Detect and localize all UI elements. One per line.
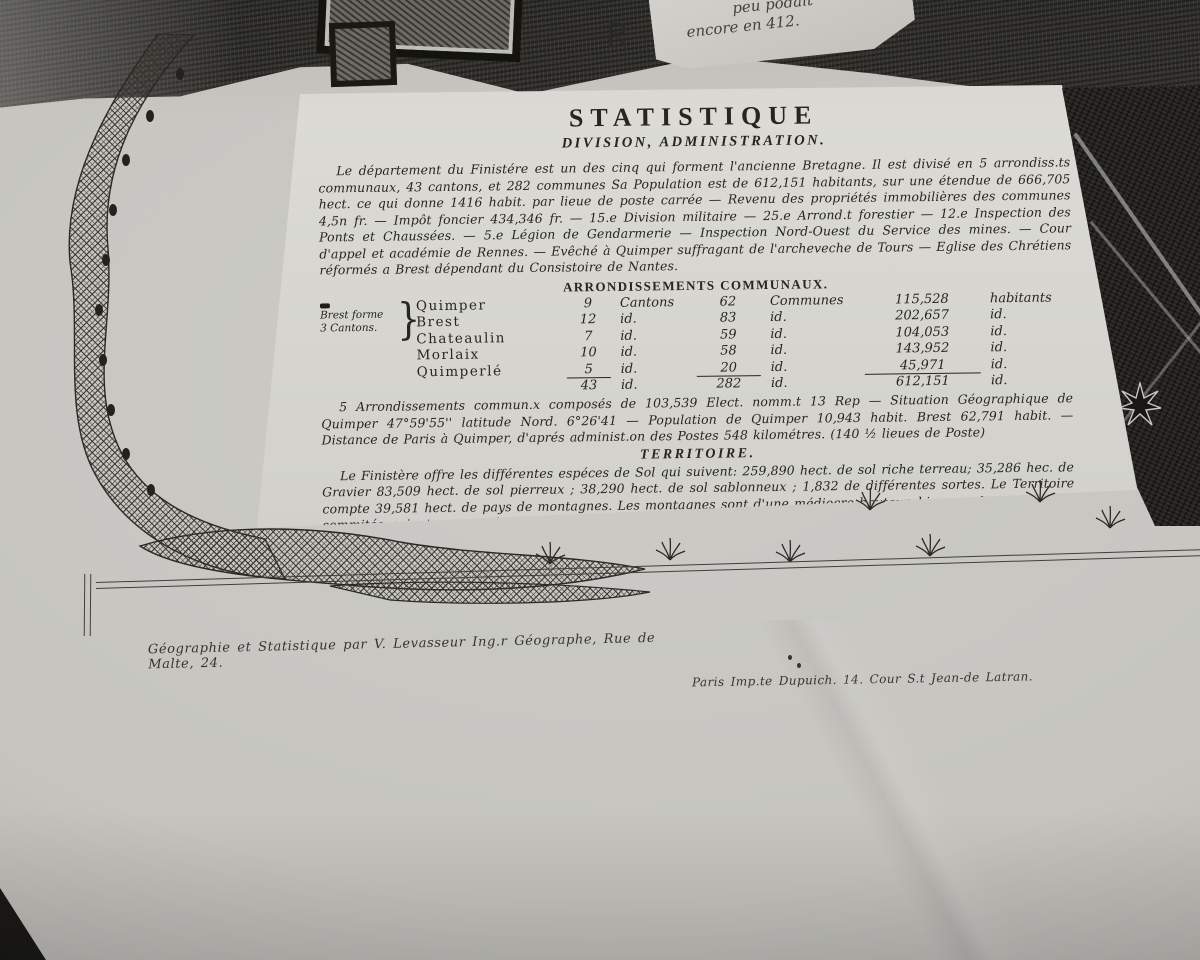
ink-speck	[788, 655, 792, 660]
photo-corner-shadow	[0, 888, 46, 960]
row-communes-unit: id.	[760, 342, 864, 360]
row-habitants: 104,053	[864, 324, 980, 342]
row-habitants: 202,657	[864, 307, 980, 325]
star-ornament-icon	[1118, 382, 1162, 426]
printer-imprint: Paris Imp.te Dupuich. 14. Cour S.t Jean-…	[692, 669, 1082, 690]
row-habitants: 45,971	[865, 357, 981, 375]
total-communes-unit: id.	[761, 375, 865, 391]
row-communes-unit: id.	[760, 325, 864, 343]
row-communes-unit: Communes	[760, 292, 864, 310]
row-habitants: 143,952	[864, 340, 980, 358]
grass-tufts-icon	[250, 468, 1170, 578]
antique-map-photo: peu podait encore en 412. STATISTIQUE DI…	[0, 0, 1200, 960]
total-habitants: 612,151	[865, 373, 981, 389]
row-habitants-unit: habitants	[980, 290, 1066, 308]
row-communes-unit: id.	[760, 309, 864, 327]
row-habitants: 115,528	[864, 291, 980, 309]
row-habitants-unit: id.	[981, 356, 1067, 374]
row-habitants-unit: id.	[980, 339, 1066, 357]
ink-speck	[797, 663, 801, 668]
author-imprint: Géographie et Statistique par V. Levasse…	[148, 630, 709, 673]
row-habitants-unit: id.	[980, 306, 1066, 324]
row-habitants-unit: id.	[980, 323, 1066, 341]
paper-crease	[560, 620, 1200, 960]
total-habitants-unit: id.	[981, 372, 1067, 388]
row-communes-unit: id.	[761, 358, 865, 376]
map-neatline-left	[84, 574, 92, 636]
